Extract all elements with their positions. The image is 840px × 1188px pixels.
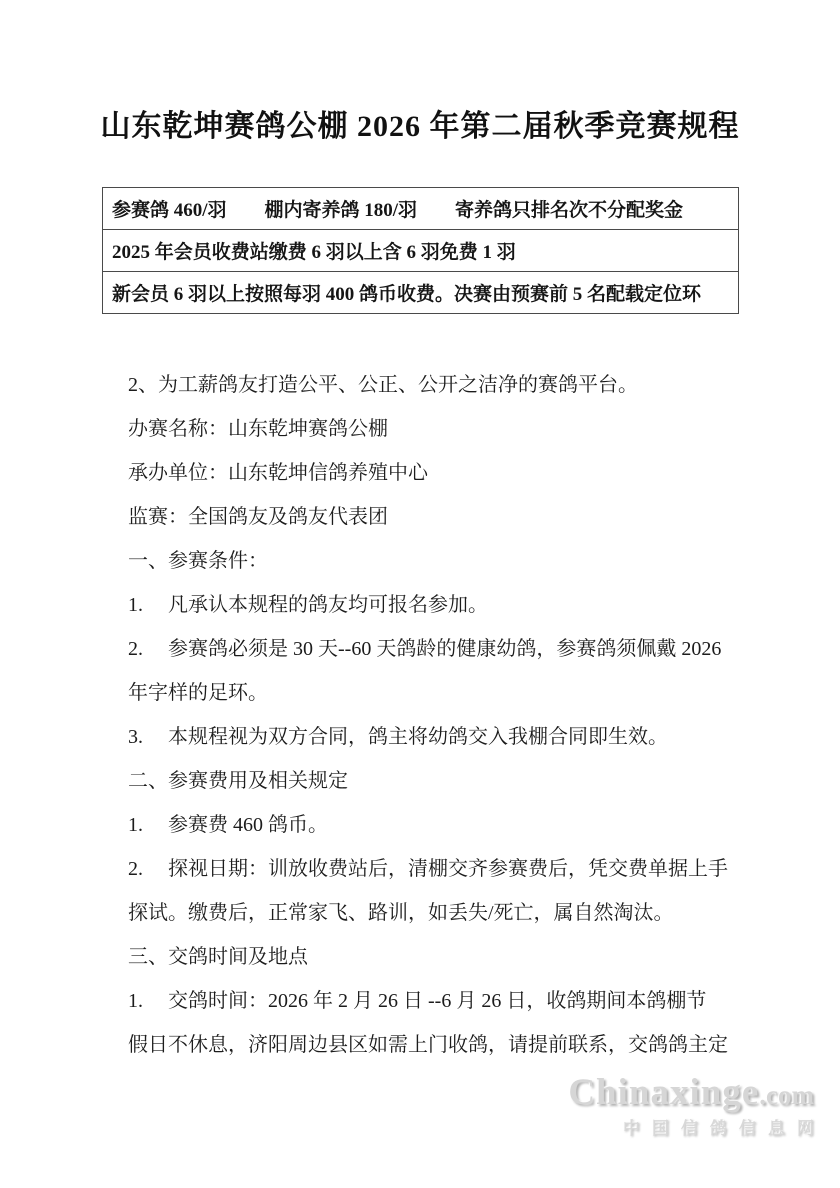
- body-line: 1. 交鸽时间：2026 年 2 月 26 日 --6 月 26 日，收鸽期间本…: [128, 979, 748, 1023]
- body-line: 假日不休息，济阳周边县区如需上门收鸽，请提前联系，交鸽鸽主定: [128, 1023, 748, 1067]
- watermark-chinese-text: 中国信鸽信息网: [568, 1117, 826, 1141]
- watermark-brand: Chinaxinge.com: [568, 1074, 814, 1114]
- body-line: 探试。缴费后，正常家飞、路训，如丢失/死亡，属自然淘汰。: [128, 891, 748, 935]
- fee-table-row: 2025 年会员收费站缴费 6 羽以上含 6 羽免费 1 羽: [103, 230, 739, 272]
- body-line: 承办单位：山东乾坤信鸽养殖中心: [128, 451, 748, 495]
- body-line: 3. 本规程视为双方合同，鸽主将幼鸽交入我棚合同即生效。: [128, 715, 748, 759]
- fee-table-row: 参赛鸽 460/羽 棚内寄养鸽 180/羽 寄养鸽只排名次不分配奖金: [103, 188, 739, 230]
- body-line: 2. 探视日期：训放收费站后，清棚交齐参赛费后，凭交费单据上手: [128, 847, 748, 891]
- fee-table-cell-entry-fee: 参赛鸽 460/羽 棚内寄养鸽 180/羽 寄养鸽只排名次不分配奖金: [103, 188, 739, 230]
- document-body: 2、为工薪鸽友打造公平、公正、公开之洁净的赛鸽平台。 办赛名称：山东乾坤赛鸽公棚…: [128, 363, 748, 1067]
- body-line: 二、参赛费用及相关规定: [128, 759, 748, 803]
- watermark-brand-suffix: .com: [759, 1080, 814, 1110]
- body-line: 一、参赛条件：: [128, 539, 748, 583]
- page-title: 山东乾坤赛鸽公棚 2026 年第二届秋季竞赛规程: [0, 101, 840, 145]
- fee-table-cell-new-member: 新会员 6 羽以上按照每羽 400 鸽币收费。决赛由预赛前 5 名配载定位环: [103, 272, 739, 314]
- watermark-brand-name: Chinaxinge: [568, 1072, 759, 1113]
- body-line: 年字样的足环。: [128, 671, 748, 715]
- body-line: 办赛名称：山东乾坤赛鸽公棚: [128, 407, 748, 451]
- watermark: Chinaxinge.com 中国信鸽信息网: [568, 1074, 814, 1141]
- body-line: 1. 凡承认本规程的鸽友均可报名参加。: [128, 583, 748, 627]
- body-line: 2. 参赛鸽必须是 30 天--60 天鸽龄的健康幼鸽，参赛鸽须佩戴 2026: [128, 627, 748, 671]
- body-line: 三、交鸽时间及地点: [128, 935, 748, 979]
- body-line: 2、为工薪鸽友打造公平、公正、公开之洁净的赛鸽平台。: [128, 363, 748, 407]
- body-line: 监赛：全国鸽友及鸽友代表团: [128, 495, 748, 539]
- fee-table-cell-member-2025: 2025 年会员收费站缴费 6 羽以上含 6 羽免费 1 羽: [103, 230, 739, 272]
- fee-table-row: 新会员 6 羽以上按照每羽 400 鸽币收费。决赛由预赛前 5 名配载定位环: [103, 272, 739, 314]
- body-line: 1. 参赛费 460 鸽币。: [128, 803, 748, 847]
- document-page: 山东乾坤赛鸽公棚 2026 年第二届秋季竞赛规程 参赛鸽 460/羽 棚内寄养鸽…: [0, 0, 840, 1188]
- fee-table: 参赛鸽 460/羽 棚内寄养鸽 180/羽 寄养鸽只排名次不分配奖金 2025 …: [102, 187, 739, 314]
